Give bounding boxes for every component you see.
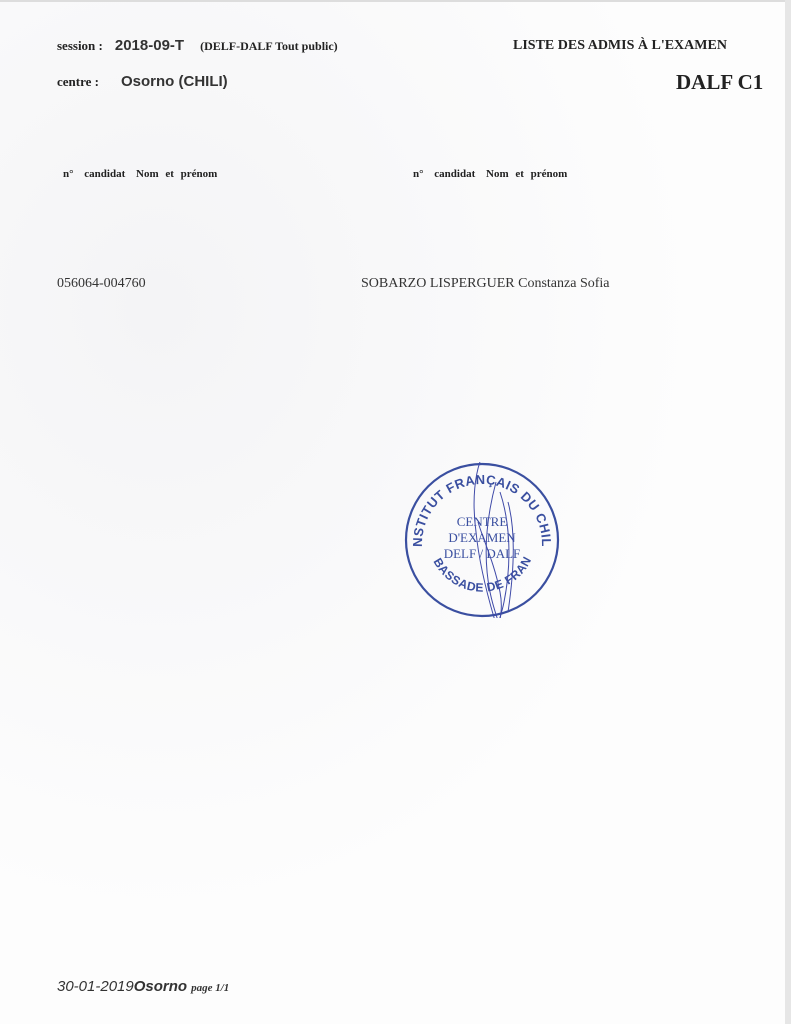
num-label: n° — [63, 168, 74, 180]
session-value: 2018-09-T — [115, 37, 184, 54]
scan-top-edge — [0, 0, 791, 2]
footer: 30-01-2019Osorno page 1/1 — [57, 978, 229, 996]
candidate-label: candidat — [84, 168, 125, 180]
session-line: session : 2018-09-T (DELF-DALF Tout publ… — [57, 37, 338, 55]
session-label: session : — [57, 38, 103, 53]
centre-line: centre : Osorno (CHILI) — [57, 73, 228, 91]
stamp-inner-line: CENTRE — [457, 514, 508, 529]
scan-right-edge — [785, 0, 791, 1024]
name-label: Nom et prénom — [136, 168, 217, 180]
list-title: LISTE DES ADMIS À L'EXAMEN — [513, 38, 727, 54]
scan-background — [0, 0, 791, 1024]
candidate-name: SOBARZO LISPERGUER Constanza Sofia — [361, 276, 610, 292]
column-header-left: n° candidat Nom et prénom — [63, 168, 217, 180]
footer-place: Osorno — [134, 978, 187, 995]
centre-label: centre : — [57, 74, 99, 89]
official-stamp: INSTITUT FRANÇAIS DU CHILI AMBASSADE DE … — [404, 462, 560, 618]
num-label: n° — [413, 168, 424, 180]
session-note: (DELF-DALF Tout public) — [200, 39, 338, 53]
exam-level: DALF C1 — [676, 70, 763, 95]
column-header-right: n° candidat Nom et prénom — [413, 168, 567, 180]
footer-page: page 1/1 — [191, 982, 229, 994]
candidate-label: candidat — [434, 168, 475, 180]
footer-date: 30-01-2019 — [57, 978, 134, 995]
candidate-id: 056064-004760 — [57, 276, 146, 292]
stamp-inner-line: D'EXAMEN — [448, 530, 516, 545]
centre-value: Osorno (CHILI) — [121, 73, 228, 90]
name-label: Nom et prénom — [486, 168, 567, 180]
